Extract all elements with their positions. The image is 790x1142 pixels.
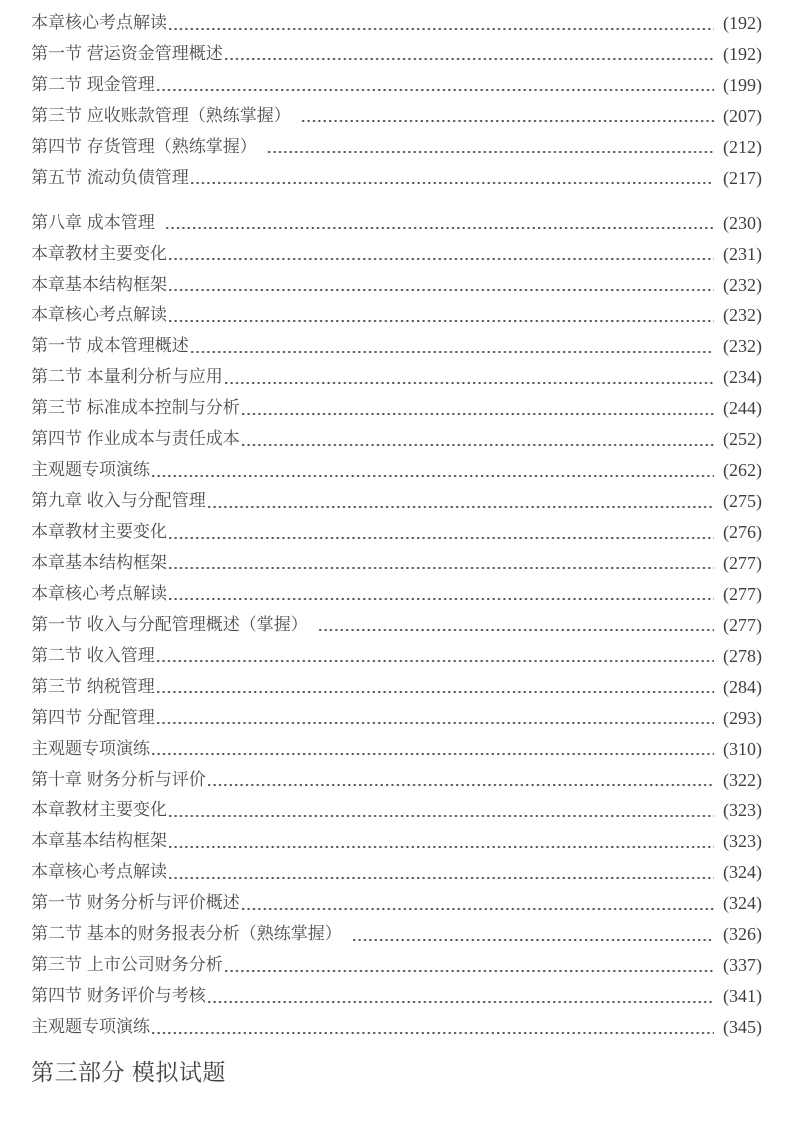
toc-entry-page: (192) bbox=[714, 8, 762, 39]
leader-dots bbox=[300, 101, 714, 132]
toc-entry: 第一节 营运资金管理概述 (192) bbox=[31, 39, 762, 70]
toc-entry-page: (326) bbox=[714, 919, 762, 950]
leader-dots bbox=[164, 208, 714, 239]
toc-entry-page: (277) bbox=[714, 610, 762, 641]
toc-entry-title: 第四节 财务评价与考核 bbox=[31, 981, 206, 1012]
toc-entry-chapter: 第九章 收入与分配管理 (275) bbox=[31, 486, 762, 517]
toc-entry: 第四节 作业成本与责任成本 (252) bbox=[31, 424, 762, 455]
toc-entry: 本章教材主要变化 (323) bbox=[31, 795, 762, 826]
toc-page: 本章核心考点解读 (192) 第一节 营运资金管理概述 (192) 第二节 现金… bbox=[0, 0, 790, 1142]
toc-entry-title: 第三节 应收账款管理（熟练掌握） bbox=[31, 101, 300, 132]
toc-entry-page: (262) bbox=[714, 455, 762, 486]
toc-entry-page: (232) bbox=[714, 300, 762, 331]
toc-entry-title: 本章教材主要变化 bbox=[31, 517, 167, 548]
toc-entry: 第二节 基本的财务报表分析（熟练掌握） (326) bbox=[31, 919, 762, 950]
leader-dots bbox=[223, 950, 714, 981]
toc-entry-page: (324) bbox=[714, 857, 762, 888]
leader-dots bbox=[266, 132, 714, 163]
leader-dots bbox=[317, 610, 714, 641]
toc-entry-title: 本章教材主要变化 bbox=[31, 795, 167, 826]
toc-entry-title: 本章教材主要变化 bbox=[31, 239, 167, 270]
leader-dots bbox=[167, 239, 714, 270]
toc-entry-page: (323) bbox=[714, 826, 762, 857]
toc-entry-page: (278) bbox=[714, 641, 762, 672]
toc-list: 本章核心考点解读 (192) 第一节 营运资金管理概述 (192) 第二节 现金… bbox=[31, 8, 762, 1043]
toc-entry-title: 第八章 成本管理 bbox=[31, 208, 164, 239]
toc-entry: 本章教材主要变化 (276) bbox=[31, 517, 762, 548]
leader-dots bbox=[351, 919, 714, 950]
toc-entry-page: (293) bbox=[714, 703, 762, 734]
leader-dots bbox=[167, 826, 714, 857]
toc-entry-title: 第四节 分配管理 bbox=[31, 703, 155, 734]
toc-entry: 第二节 收入管理 (278) bbox=[31, 641, 762, 672]
toc-entry-title: 本章基本结构框架 bbox=[31, 826, 167, 857]
leader-dots bbox=[167, 857, 714, 888]
toc-entry-title: 主观题专项演练 bbox=[31, 455, 150, 486]
toc-entry-page: (322) bbox=[714, 765, 762, 796]
leader-dots bbox=[150, 455, 714, 486]
toc-entry-title: 第二节 本量利分析与应用 bbox=[31, 362, 223, 393]
toc-entry-title: 第四节 存货管理（熟练掌握） bbox=[31, 132, 266, 163]
toc-entry: 第四节 财务评价与考核 (341) bbox=[31, 981, 762, 1012]
leader-dots bbox=[150, 734, 714, 765]
leader-dots bbox=[167, 8, 714, 39]
leader-dots bbox=[167, 795, 714, 826]
leader-dots bbox=[240, 393, 714, 424]
leader-dots bbox=[167, 270, 714, 301]
toc-entry-title: 第一节 成本管理概述 bbox=[31, 331, 189, 362]
toc-entry-title: 本章核心考点解读 bbox=[31, 579, 167, 610]
toc-entry-page: (324) bbox=[714, 888, 762, 919]
toc-entry-page: (341) bbox=[714, 981, 762, 1012]
toc-entry-title: 主观题专项演练 bbox=[31, 1012, 150, 1043]
toc-entry-page: (345) bbox=[714, 1012, 762, 1043]
toc-entry-title: 第二节 现金管理 bbox=[31, 70, 155, 101]
toc-entry: 主观题专项演练 (310) bbox=[31, 734, 762, 765]
toc-entry: 第四节 分配管理 (293) bbox=[31, 703, 762, 734]
toc-entry-page: (232) bbox=[714, 331, 762, 362]
toc-entry-page: (234) bbox=[714, 362, 762, 393]
toc-entry-page: (323) bbox=[714, 795, 762, 826]
toc-entry: 本章核心考点解读 (324) bbox=[31, 857, 762, 888]
toc-entry-chapter: 第十章 财务分析与评价 (322) bbox=[31, 765, 762, 796]
toc-entry: 第一节 收入与分配管理概述（掌握） (277) bbox=[31, 610, 762, 641]
part-heading: 第三部分 模拟试题 bbox=[31, 1056, 762, 1088]
toc-entry-title: 第一节 收入与分配管理概述（掌握） bbox=[31, 610, 317, 641]
toc-entry: 主观题专项演练 (262) bbox=[31, 455, 762, 486]
leader-dots bbox=[167, 579, 714, 610]
toc-entry-title: 本章核心考点解读 bbox=[31, 8, 167, 39]
leader-dots bbox=[155, 641, 714, 672]
toc-entry-page: (276) bbox=[714, 517, 762, 548]
toc-entry-title: 本章核心考点解读 bbox=[31, 857, 167, 888]
toc-entry-title: 本章基本结构框架 bbox=[31, 270, 167, 301]
toc-entry: 第三节 纳税管理 (284) bbox=[31, 672, 762, 703]
leader-dots bbox=[155, 70, 714, 101]
toc-entry: 第四节 存货管理（熟练掌握） (212) bbox=[31, 132, 762, 163]
toc-entry: 本章核心考点解读 (192) bbox=[31, 8, 762, 39]
toc-entry-chapter: 第八章 成本管理 (230) bbox=[31, 208, 762, 239]
leader-dots bbox=[155, 703, 714, 734]
leader-dots bbox=[240, 424, 714, 455]
toc-entry-title: 第三节 上市公司财务分析 bbox=[31, 950, 223, 981]
toc-entry-title: 第三节 纳税管理 bbox=[31, 672, 155, 703]
toc-entry-page: (207) bbox=[714, 101, 762, 132]
leader-dots bbox=[189, 331, 714, 362]
toc-entry: 本章核心考点解读 (277) bbox=[31, 579, 762, 610]
toc-entry-page: (212) bbox=[714, 132, 762, 163]
leader-dots bbox=[223, 39, 714, 70]
toc-entry-title: 第九章 收入与分配管理 bbox=[31, 486, 206, 517]
toc-entry-title: 本章核心考点解读 bbox=[31, 300, 167, 331]
toc-entry: 第一节 财务分析与评价概述 (324) bbox=[31, 888, 762, 919]
toc-entry-page: (232) bbox=[714, 270, 762, 301]
toc-entry: 本章核心考点解读 (232) bbox=[31, 300, 762, 331]
toc-entry-title: 第一节 营运资金管理概述 bbox=[31, 39, 223, 70]
leader-dots bbox=[167, 300, 714, 331]
toc-entry: 本章基本结构框架 (323) bbox=[31, 826, 762, 857]
toc-entry-title: 主观题专项演练 bbox=[31, 734, 150, 765]
toc-entry-page: (277) bbox=[714, 579, 762, 610]
toc-entry-title: 第十章 财务分析与评价 bbox=[31, 765, 206, 796]
toc-entry-title: 本章基本结构框架 bbox=[31, 548, 167, 579]
toc-entry: 第二节 现金管理 (199) bbox=[31, 70, 762, 101]
leader-dots bbox=[206, 981, 714, 1012]
toc-entry-title: 第一节 财务分析与评价概述 bbox=[31, 888, 240, 919]
leader-dots bbox=[167, 548, 714, 579]
leader-dots bbox=[240, 888, 714, 919]
leader-dots bbox=[223, 362, 714, 393]
toc-entry-page: (275) bbox=[714, 486, 762, 517]
toc-entry-title: 第五节 流动负债管理 bbox=[31, 163, 189, 194]
toc-entry-page: (192) bbox=[714, 39, 762, 70]
toc-entry-title: 第四节 作业成本与责任成本 bbox=[31, 424, 240, 455]
toc-entry: 第三节 应收账款管理（熟练掌握） (207) bbox=[31, 101, 762, 132]
toc-entry-page: (284) bbox=[714, 672, 762, 703]
toc-entry-page: (310) bbox=[714, 734, 762, 765]
toc-entry: 第三节 标准成本控制与分析 (244) bbox=[31, 393, 762, 424]
toc-entry: 本章基本结构框架 (277) bbox=[31, 548, 762, 579]
toc-entry: 第三节 上市公司财务分析 (337) bbox=[31, 950, 762, 981]
toc-entry: 本章教材主要变化 (231) bbox=[31, 239, 762, 270]
toc-entry: 主观题专项演练 (345) bbox=[31, 1012, 762, 1043]
toc-entry-page: (277) bbox=[714, 548, 762, 579]
toc-entry: 第二节 本量利分析与应用 (234) bbox=[31, 362, 762, 393]
toc-entry-title: 第三节 标准成本控制与分析 bbox=[31, 393, 240, 424]
leader-dots bbox=[206, 486, 714, 517]
toc-entry-page: (217) bbox=[714, 163, 762, 194]
toc-entry-page: (231) bbox=[714, 239, 762, 270]
toc-entry: 第一节 成本管理概述 (232) bbox=[31, 331, 762, 362]
leader-dots bbox=[155, 672, 714, 703]
leader-dots bbox=[167, 517, 714, 548]
toc-entry-title: 第二节 收入管理 bbox=[31, 641, 155, 672]
leader-dots bbox=[189, 163, 714, 194]
toc-entry: 第五节 流动负债管理 (217) bbox=[31, 163, 762, 194]
toc-entry-page: (199) bbox=[714, 70, 762, 101]
leader-dots bbox=[206, 765, 714, 796]
toc-entry-page: (244) bbox=[714, 393, 762, 424]
toc-entry-page: (252) bbox=[714, 424, 762, 455]
leader-dots bbox=[150, 1012, 714, 1043]
toc-entry-title: 第二节 基本的财务报表分析（熟练掌握） bbox=[31, 919, 351, 950]
toc-entry-page: (337) bbox=[714, 950, 762, 981]
toc-entry-page: (230) bbox=[714, 208, 762, 239]
toc-entry: 本章基本结构框架 (232) bbox=[31, 270, 762, 301]
